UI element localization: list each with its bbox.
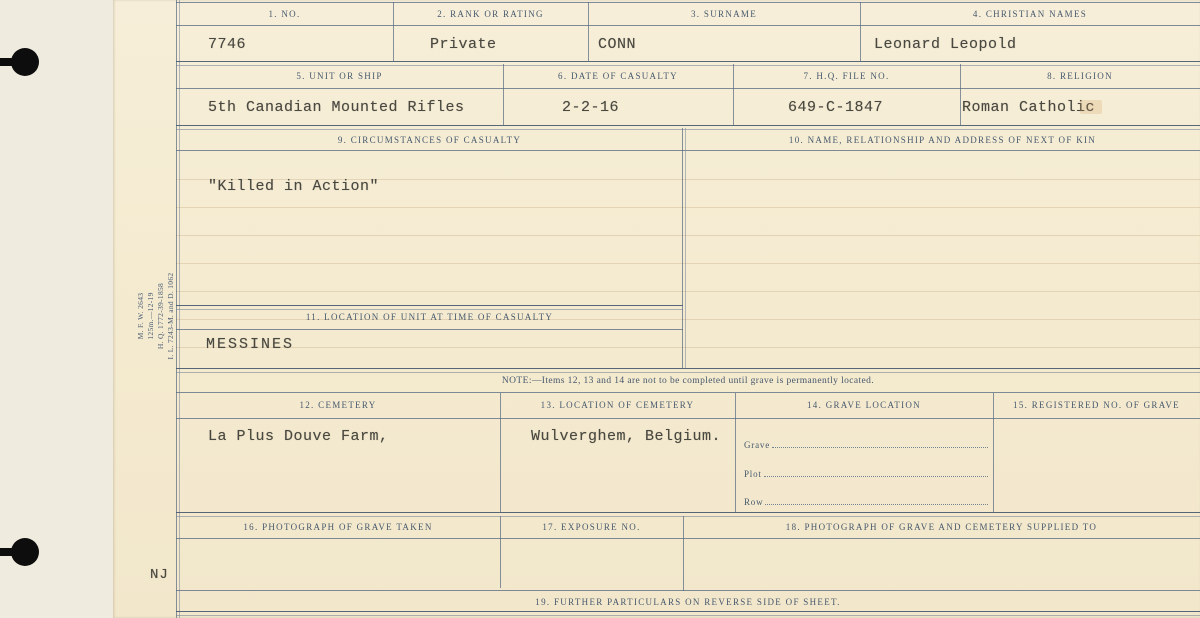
ink-smudge: [1080, 100, 1102, 114]
plot-row-label: Plot: [744, 469, 762, 479]
form-ref-line-4: I. L. 7243-M. and D. 1062: [166, 268, 176, 364]
field-label-date-of-casualty: 6. DATE OF CASUALTY: [503, 70, 733, 82]
field-label-photo-supplied: 18. PHOTOGRAPH OF GRAVE AND CEMETERY SUP…: [683, 521, 1200, 533]
field-label-photo-taken: 16. PHOTOGRAPH OF GRAVE TAKEN: [176, 521, 500, 533]
divider-circumstances-nextofkin: [682, 128, 683, 368]
field-label-circumstances: 9. CIRCUMSTANCES OF CASUALTY: [176, 134, 683, 146]
completion-note: NOTE:—Items 12, 13 and 14 are not to be …: [176, 376, 1200, 386]
field-label-christian-names: 4. CHRISTIAN NAMES: [860, 8, 1200, 20]
section12-15-header-underline: [176, 418, 1200, 419]
field-label-unit: 5. UNIT OR SHIP: [176, 70, 503, 82]
row-entry-row: Row: [744, 494, 988, 507]
section12-15-bottom-line: [176, 512, 1200, 517]
section16-18-bottom-line: [176, 590, 1200, 591]
note-bottom-line: [176, 392, 1200, 393]
field-value-surname: CONN: [598, 36, 636, 53]
plot-entry-row: Plot: [744, 466, 988, 479]
section11-top-line: [176, 305, 683, 310]
row1-bottom-line: [176, 61, 1200, 66]
field-label-unit-location: 11. LOCATION OF UNIT AT TIME OF CASUALTY: [176, 311, 683, 323]
margin-annotation: NJ: [150, 567, 169, 583]
field-value-cemetery: La Plus Douve Farm,: [208, 428, 389, 445]
field-label-rank: 2. RANK OR RATING: [393, 8, 588, 20]
divider-circumstances-nextofkin-echo: [685, 128, 686, 368]
card-top-border: [176, 2, 1200, 3]
field-label-exposure-no: 17. EXPOSURE NO.: [500, 521, 683, 533]
field-value-cemetery-location: Wulverghem, Belgium.: [531, 428, 721, 445]
card-bottom-border: [176, 611, 1200, 616]
field-label-grave-location: 14. GRAVE LOCATION: [735, 399, 993, 411]
note-top-line: [176, 368, 1200, 373]
field-value-religion: Roman Catholic: [962, 99, 1095, 116]
grave-entry-row: Grave: [744, 437, 988, 450]
section11-header-underline: [176, 329, 683, 330]
section9-10-header-underline: [176, 150, 1200, 151]
row2-header-underline: [176, 88, 1200, 89]
grave-dotted-leader: [772, 437, 988, 448]
field-label-no: 1. NO.: [176, 8, 393, 20]
field-value-christian-names: Leonard Leopold: [874, 36, 1017, 53]
form-ref-line-2: 125m.—12-19: [146, 268, 156, 364]
hole-punch-top-slot: [0, 58, 16, 66]
row2-bottom-line: [176, 125, 1200, 130]
field-label-cemetery: 12. CEMETERY: [176, 399, 500, 411]
form-ref-line-3: H. Q. 1772-39-1858: [156, 268, 166, 364]
plot-dotted-leader: [764, 466, 988, 477]
grave-row-label: Grave: [744, 440, 770, 450]
field-value-unit: 5th Canadian Mounted Rifles: [208, 99, 465, 116]
row-row-label: Row: [744, 497, 763, 507]
form-reference-block: M. F. W. 2643 125m.—12-19 H. Q. 1772-39-…: [136, 268, 176, 364]
field-label-registered-no: 15. REGISTERED NO. OF GRAVE: [993, 399, 1200, 411]
field-label-hq-file-no: 7. H.Q. FILE NO.: [733, 70, 960, 82]
field-value-circumstances: "Killed in Action": [208, 178, 379, 195]
field-label-cemetery-location: 13. LOCATION OF CEMETERY: [500, 399, 735, 411]
field-label-further-particulars: 19. FURTHER PARTICULARS ON REVERSE SIDE …: [176, 596, 1200, 608]
row-dotted-leader: [765, 494, 988, 505]
field-label-surname: 3. SURNAME: [588, 8, 860, 20]
section16-18-header-underline: [176, 538, 1200, 539]
field-value-hq-file-no: 649-C-1847: [788, 99, 883, 116]
form-ref-line-1: M. F. W. 2643: [136, 268, 146, 364]
field-label-religion: 8. RELIGION: [960, 70, 1200, 82]
field-value-rank: Private: [430, 36, 497, 53]
field-value-date-of-casualty: 2-2-16: [562, 99, 619, 116]
scanned-casualty-record: 1. NO. 2. RANK OR RATING 3. SURNAME 4. C…: [0, 0, 1200, 618]
row1-header-underline: [176, 25, 1200, 26]
field-label-next-of-kin: 10. NAME, RELATIONSHIP AND ADDRESS OF NE…: [685, 134, 1200, 146]
field-value-no: 7746: [208, 36, 246, 53]
field-value-unit-location: MESSINES: [206, 336, 294, 353]
hole-punch-bottom-slot: [0, 548, 16, 556]
